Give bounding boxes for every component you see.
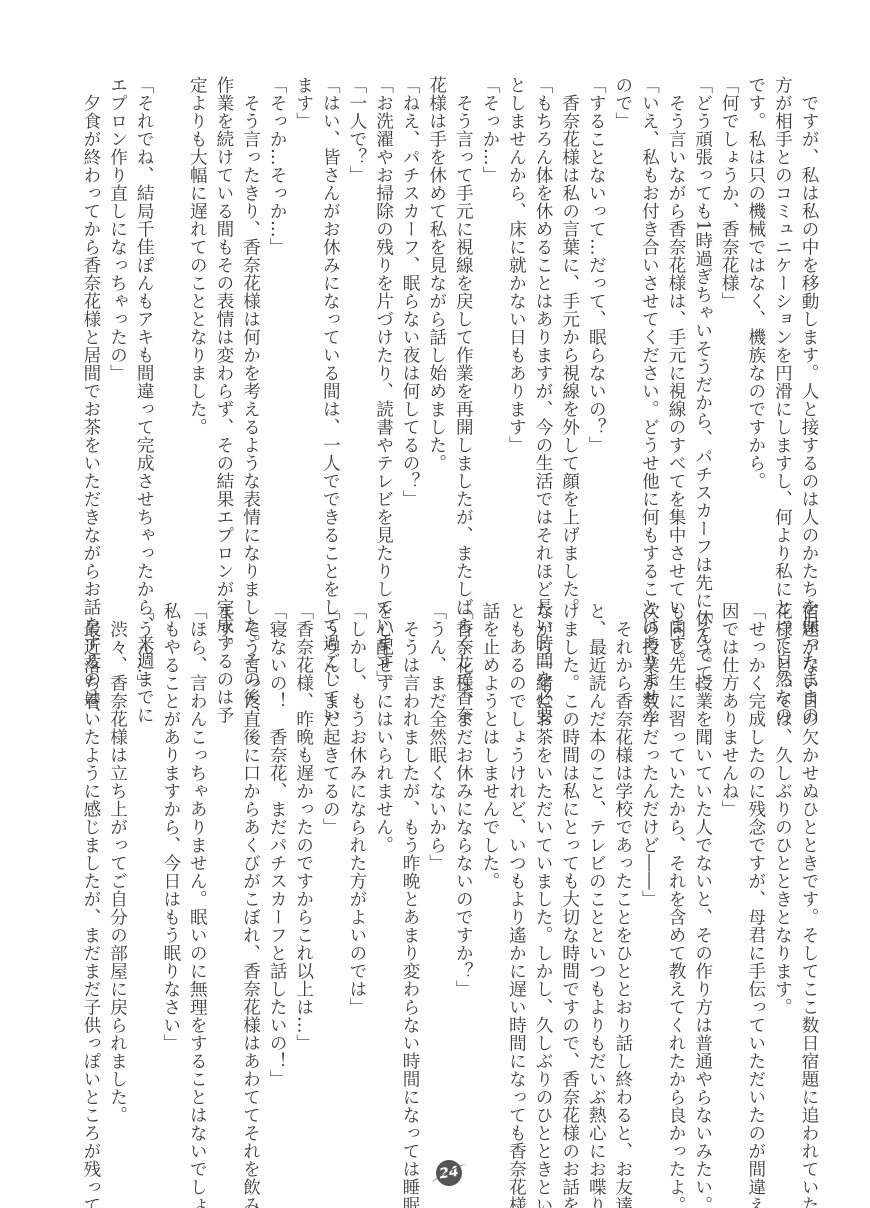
text-line: 「香奈花様、まだお休みにならないのですか？」 xyxy=(450,602,477,1142)
text-line: 「そう。授業を聞いていた人でないと、その作り方は普通やらないみたい。成恵 xyxy=(689,602,716,1142)
text-line: 宿題がない日の欠かせぬひとときです。そしてここ数日宿題に追われていた香奈 xyxy=(795,602,822,1142)
text-line: 「もちろん体を休めることはありますが、今の生活ではそれほど長い時間を必要 xyxy=(529,76,556,566)
text-line: 「一人で？」 xyxy=(343,76,370,566)
text-line: 「いえ、私もお付き合いさせてください。どうせ他に何もすることはありません xyxy=(636,76,663,566)
text-line: 花様にとっては、久しぶりのひとときとなります。 xyxy=(769,602,796,1142)
page-number: 24 xyxy=(434,1158,463,1187)
text-line: ので」 xyxy=(609,76,636,566)
text-line: 「することないって…だって、眠らないの？」 xyxy=(583,76,610,566)
text-line: けました。この時間は私にとっても大切な時間ですので、香奈花様のお話を聞き xyxy=(556,602,583,1142)
text-line: そう言いながら香奈花様は、手元に視線のすべてを集中させています。 xyxy=(662,76,689,566)
text-line: 最近落ち着いたように感じましたが、まだまだ子供っぽいところが残っている xyxy=(77,602,104,1142)
text-line: エプロン作り直しになっちゃったの」 xyxy=(104,76,131,566)
text-line: 定よりも大幅に遅れてのこととなりました。 xyxy=(184,76,211,566)
text-line: 「そっか…そっか…」 xyxy=(264,76,291,566)
text-line: そうは言われましたが、もう昨晩とあまり変わらない時間になっては睡眠不足 xyxy=(397,602,424,1142)
text-line: です。私は只の機械ではなく、機族なのですから。 xyxy=(742,76,769,566)
text-line: 次の授業が数学だったんだけど――」 xyxy=(636,602,663,1142)
text-line: 「香奈花様、昨晩も遅かったのですからこれ以上は…」 xyxy=(290,602,317,1142)
text-line: ます」 xyxy=(290,76,317,566)
text-line: 話を止めようとはしませんでした。 xyxy=(476,602,503,1142)
text-line: 「寝ないの！ 香奈花、まだパチスカーフと話したいの！」 xyxy=(264,602,291,1142)
text-line: と、最近読んだ本のこと、テレビのことといつもよりもだいぶ熱心にお喋りを続 xyxy=(583,602,610,1142)
text-line: 「しかし、もうお休みになられた方がよいのでは」 xyxy=(343,602,370,1142)
text-line: そう言って手元に視線を戻して作業を再開しましたが、またしばらくして香奈 xyxy=(450,76,477,566)
text-block-top: ですが、私は私の中を移動します。人と接するのは人のかたちを保ったままの方が相手と… xyxy=(77,76,822,566)
text-line: 香奈花様は私の言葉に、手元から視線を外して顔を上げました。 xyxy=(556,76,583,566)
text-line: も同じ先生に習っていたから、それを含めて教えてくれたから良かったよ。で、 xyxy=(662,602,689,1142)
text-line: 「ねえ、パチスカーフ、眠らない夜は何してるの？」 xyxy=(397,76,424,566)
text-line: 「ほら、言わんこっちゃありません。眠いのに無理をすることはないでしょう。 xyxy=(184,602,211,1142)
text-block-bottom: 宿題がない日の欠かせぬひとときです。そしてここ数日宿題に追われていた香奈花様にと… xyxy=(77,602,822,1142)
text-line: それから香奈花様は学校であったことをひととおり話し終わると、お友達のこ xyxy=(609,602,636,1142)
text-line xyxy=(157,76,184,566)
text-line: ながら一緒にお茶をいただいていました。しかし、久しぶりのひとときというこ xyxy=(529,602,556,1142)
text-line: 「せっかく完成したのに残念ですが、母君に手伝っていただいたのが間違えた原 xyxy=(742,602,769,1142)
text-line: 「どう頑張っても1時過ぎちゃいそうだから、パチスカーフは先に休んでて」 xyxy=(689,76,716,566)
text-line: 夕食が終わってから香奈花様と居間でお茶をいただきながらお話をするのは、 xyxy=(77,76,104,566)
text-line: 因では仕方ありませんね」 xyxy=(716,602,743,1142)
text-line: 渋々、香奈花様は立ち上がってご自分の部屋に戻られました。 xyxy=(104,602,131,1142)
text-line: 作業を続けている間もその表情は変わらず、その結果エプロンが完成するのは予 xyxy=(210,76,237,566)
text-line: 「ううん、まだ起きてるの」 xyxy=(317,602,344,1142)
text-line: としませんから、床に就かない日もあります」 xyxy=(503,76,530,566)
text-line: そう言ったきり、香奈花様は何かを考えるような表情になりました。その後、 xyxy=(237,76,264,566)
text-line: 「お洗濯やお掃除の残りを片づけたり、読書やテレビを見たりしています」 xyxy=(370,76,397,566)
text-line: 「それでね、結局千佳ぽんもアキも間違って完成させちゃったから、来週までに xyxy=(131,76,158,566)
text-line: を心配せずにはいられません。 xyxy=(370,602,397,1142)
text-line: ます。 xyxy=(210,602,237,1142)
text-line: ともあるのでしょうけれど、いつもより遙かに遅い時間になっても香奈花様はお xyxy=(503,602,530,1142)
text-line: ですが、私は私の中を移動します。人と接するのは人のかたちを保ったままの xyxy=(795,76,822,566)
text-line: 「うん、まだ全然眠くないから」 xyxy=(423,602,450,1142)
text-line: 方が相手とのコミュニケーションを円滑にしますし、何より私にとって自然なの xyxy=(769,76,796,566)
text-line: 花様は手を休めて私を見ながら話し始めました。 xyxy=(423,76,450,566)
text-line: 「何でしょうか、香奈花様」 xyxy=(716,76,743,566)
text-line: 私もやることがありますから、今日はもう眠りなさい」 xyxy=(157,602,184,1142)
text-line: そう言った直後に口からあくびがこぼれ、香奈花様はあわててそれを飲み込み xyxy=(237,602,264,1142)
text-line: 「はい、皆さんがお休みになっている間は、一人でできることをして過ごしてい xyxy=(317,76,344,566)
text-line: 「うん…」 xyxy=(131,602,158,1142)
text-line: 「そっか…」 xyxy=(476,76,503,566)
